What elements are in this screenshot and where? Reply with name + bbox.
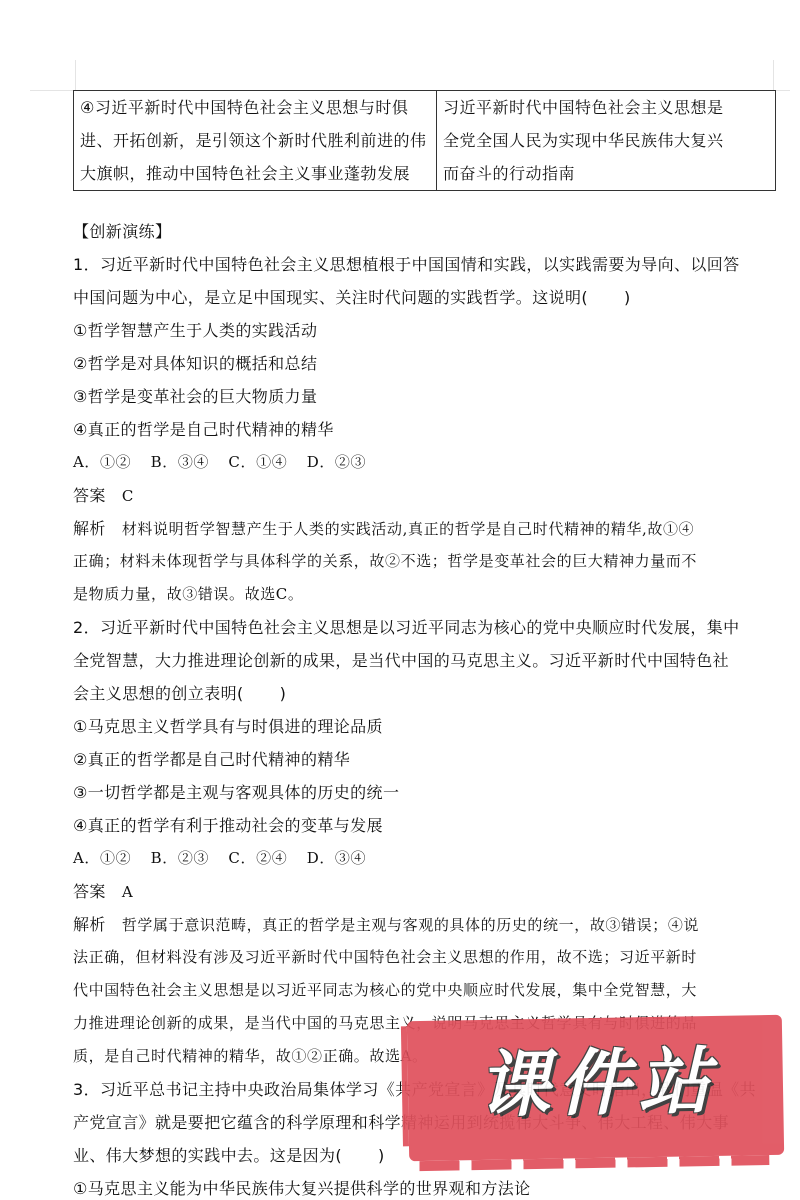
- choice-b: B．③④: [151, 453, 209, 471]
- cell-line: ④习近平新时代中国特色社会主义思想与时俱: [80, 91, 430, 124]
- stem-close-paren: ): [280, 684, 287, 703]
- cell-line: 习近平新时代中国特色社会主义思想是: [443, 91, 769, 124]
- table-cell-left: ④习近平新时代中国特色社会主义思想与时俱 进、开拓创新，是引领这个新时代胜利前进…: [74, 91, 437, 191]
- option-4: ④真正的哲学是自己时代精神的精华: [73, 413, 783, 446]
- watermark-text: 课件站: [427, 1030, 769, 1136]
- answer-value: A: [122, 883, 133, 901]
- stem-close-paren: ): [378, 1146, 385, 1165]
- answer-row: 答案C: [73, 479, 783, 512]
- option-1: ①哲学智慧产生于人类的实践活动: [73, 314, 783, 347]
- answer-label: 答案: [73, 486, 106, 505]
- cell-line: 进、开拓创新，是引领这个新时代胜利前进的伟: [80, 124, 430, 157]
- question-stem-line: 1．习近平新时代中国特色社会主义思想植根于中国国情和实践，以实践需要为导向、以回…: [73, 248, 783, 281]
- analysis-line: 代中国特色社会主义思想是以习近平同志为核心的党中央顺应时代发展，集中全党智慧，大: [73, 974, 783, 1007]
- choice-b: B．②③: [151, 849, 209, 867]
- analysis-label: 解析: [73, 519, 106, 538]
- stem-close-paren: ): [624, 288, 631, 307]
- stem-text: 业、伟大梦想的实践中去。这是因为(: [73, 1146, 342, 1165]
- table-row: ④习近平新时代中国特色社会主义思想与时俱 进、开拓创新，是引领这个新时代胜利前进…: [74, 91, 776, 191]
- comparison-table: ④习近平新时代中国特色社会主义思想与时俱 进、开拓创新，是引领这个新时代胜利前进…: [73, 90, 776, 191]
- answer-value: C: [122, 487, 134, 505]
- analysis-line: 是物质力量，故③错误。故选C。: [73, 578, 783, 611]
- analysis-line: 正确；材料未体现哲学与具体科学的关系，故②不选；哲学是变革社会的巨大精神力量而不: [73, 545, 783, 578]
- cell-line: 全党全国人民为实现中华民族伟大复兴: [443, 124, 769, 157]
- analysis-line: 法正确，但材料没有涉及习近平新时代中国特色社会主义思想的作用，故不选；习近平新时: [73, 941, 783, 974]
- choice-d: D．③④: [307, 849, 366, 867]
- analysis-label: 解析: [73, 915, 106, 934]
- watermark-stamp: 课件站: [407, 1015, 784, 1162]
- analysis-text: 哲学属于意识范畴，真正的哲学是主观与客观的具体的历史的统一，故③错误；④说: [122, 916, 699, 934]
- page-margin-guides: [0, 0, 800, 100]
- choice-c: C．①④: [228, 453, 287, 471]
- stem-text: 中国问题为中心，是立足中国现实、关注时代问题的实践哲学。这说明(: [73, 288, 588, 307]
- answer-row: 答案A: [73, 875, 783, 908]
- option-2: ②哲学是对具体知识的概括和总结: [73, 347, 783, 380]
- option-2: ②真正的哲学都是自己时代精神的精华: [73, 743, 783, 776]
- question-1: 1．习近平新时代中国特色社会主义思想植根于中国国情和实践，以实践需要为导向、以回…: [73, 248, 783, 611]
- option-4: ④真正的哲学有利于推动社会的变革与发展: [73, 809, 783, 842]
- choice-c: C．②④: [228, 849, 287, 867]
- question-2: 2．习近平新时代中国特色社会主义思想是以习近平同志为核心的党中央顺应时代发展，集…: [73, 611, 783, 1073]
- analysis-line: 解析哲学属于意识范畴，真正的哲学是主观与客观的具体的历史的统一，故③错误；④说: [73, 908, 783, 941]
- choices-row: A．①② B．②③ C．②④ D．③④: [73, 842, 783, 875]
- analysis-text: 材料说明哲学智慧产生于人类的实践活动,真正的哲学是自己时代精神的精华,故①④: [122, 520, 694, 538]
- question-stem-line: 中国问题为中心，是立足中国现实、关注时代问题的实践哲学。这说明(): [73, 281, 783, 314]
- stem-text: 会主义思想的创立表明(: [73, 684, 244, 703]
- choice-a: A．①②: [73, 849, 131, 867]
- cell-line: 而奋斗的行动指南: [443, 157, 769, 190]
- question-stem-line: 全党智慧，大力推进理论创新的成果，是当代中国的马克思主义。习近平新时代中国特色社: [73, 644, 783, 677]
- table-cell-right: 习近平新时代中国特色社会主义思想是 全党全国人民为实现中华民族伟大复兴 而奋斗的…: [437, 91, 776, 191]
- question-stem-line: 2．习近平新时代中国特色社会主义思想是以习近平同志为核心的党中央顺应时代发展，集…: [73, 611, 783, 644]
- choice-d: D．②③: [307, 453, 366, 471]
- analysis-line: 解析材料说明哲学智慧产生于人类的实践活动,真正的哲学是自己时代精神的精华,故①④: [73, 512, 783, 545]
- question-stem-line: 会主义思想的创立表明(): [73, 677, 783, 710]
- section-title: 【创新演练】: [73, 215, 783, 248]
- option-1: ①马克思主义哲学具有与时俱进的理论品质: [73, 710, 783, 743]
- option-3: ③哲学是变革社会的巨大物质力量: [73, 380, 783, 413]
- left-margin-marker: [75, 60, 76, 90]
- answer-label: 答案: [73, 882, 106, 901]
- choice-a: A．①②: [73, 453, 131, 471]
- right-margin-marker: [773, 60, 774, 90]
- choices-row: A．①② B．③④ C．①④ D．②③: [73, 446, 783, 479]
- cell-line: 大旗帜，推动中国特色社会主义事业蓬勃发展: [80, 157, 430, 190]
- option-1: ①马克思主义能为中华民族伟大复兴提供科学的世界观和方法论: [73, 1172, 783, 1200]
- option-3: ③一切哲学都是主观与客观具体的历史的统一: [73, 776, 783, 809]
